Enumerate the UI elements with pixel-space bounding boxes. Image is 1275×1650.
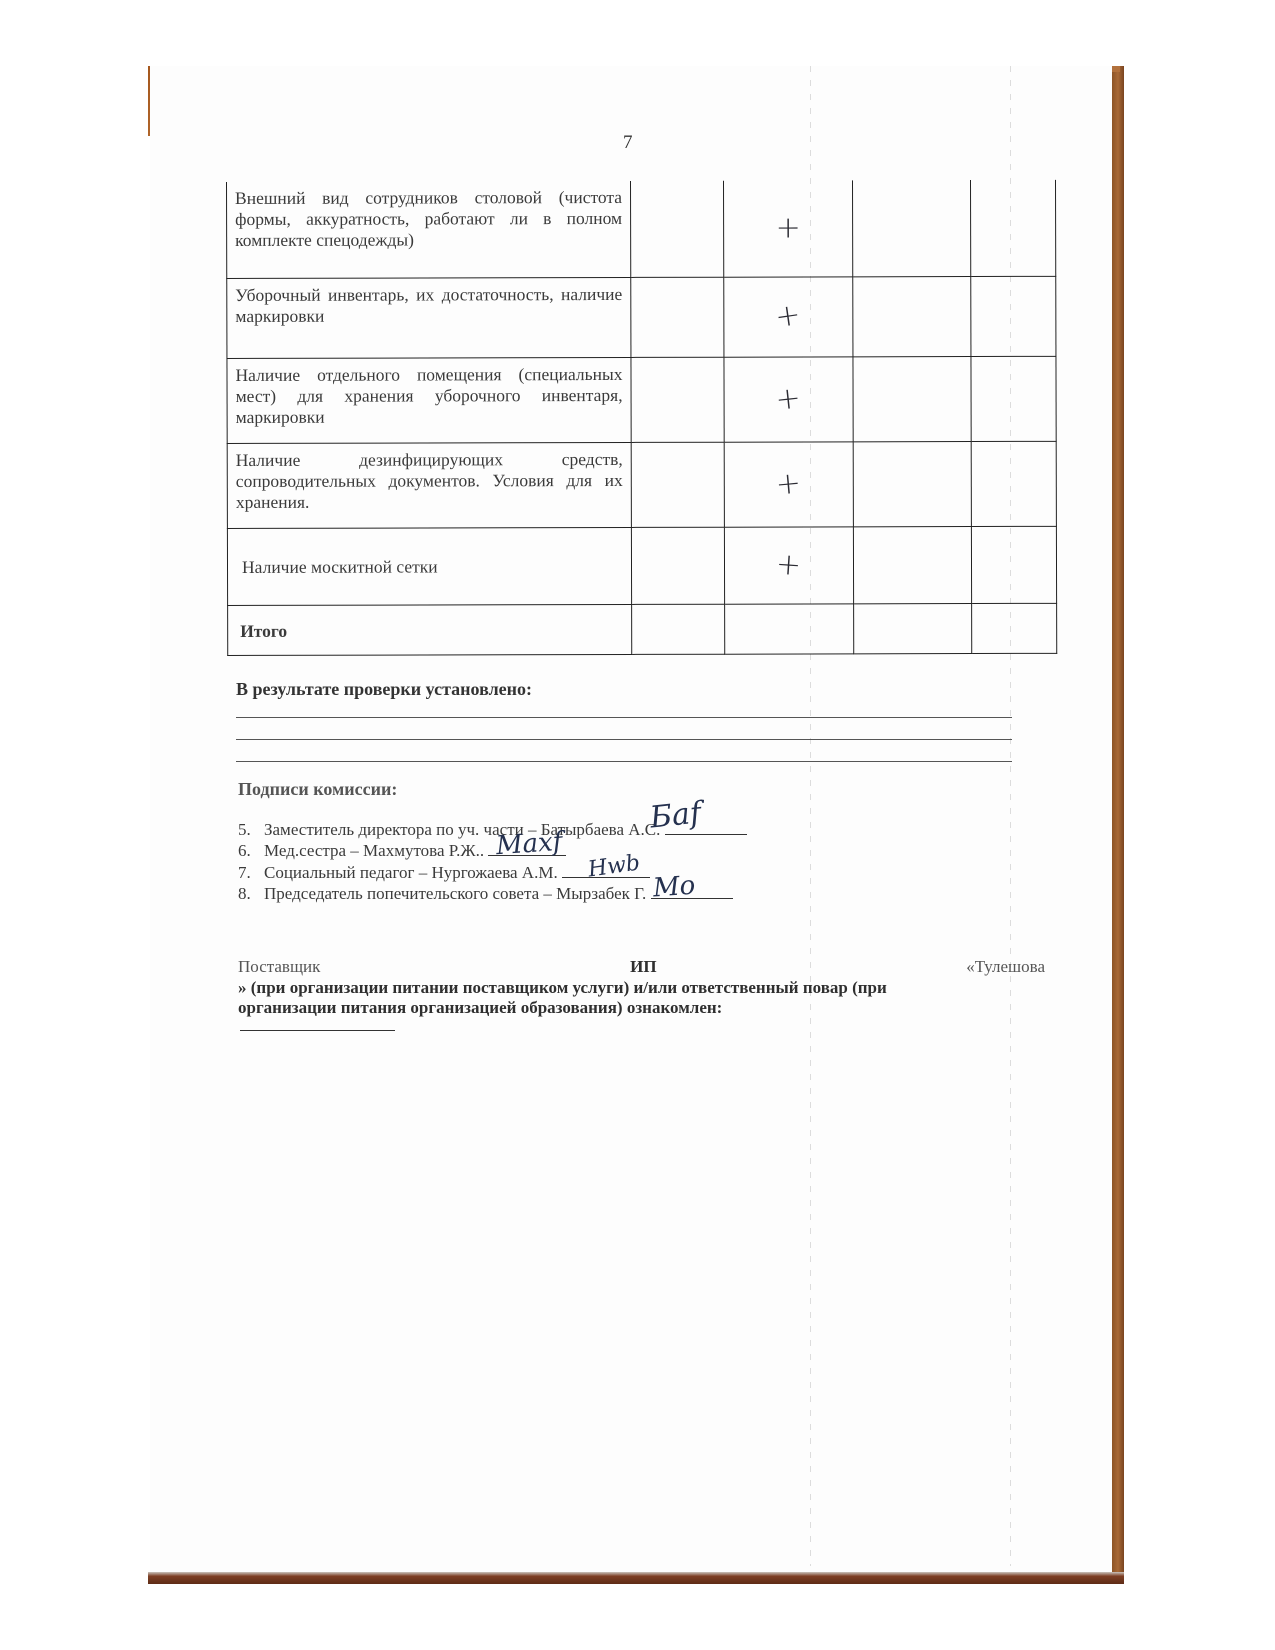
result-blank-line [236,717,1012,718]
supplier-line-2: » (при организации питании поставщиком у… [238,978,1045,999]
mark-cell [853,441,971,526]
mark-cell [971,356,1056,441]
results-heading: В результате проверки установлено: [236,679,532,700]
supplier-acknowledgement: Поставщик ИП «Тулешова » (при организаци… [238,957,1045,1019]
criterion-cell: Наличие отдельного помещения (специальны… [227,357,631,443]
mark-cell [631,357,724,442]
supplier-type: ИП [630,957,656,978]
commission-signatures: 5.Заместитель директора по уч. части – Б… [238,819,747,904]
mark-cell [853,526,971,603]
checklist-table: Внешний вид сотрудников столовой (чистот… [226,180,1057,656]
total-label: Итого [228,604,632,655]
member-name: Мед.сестра – Махмутова Р.Ж.. [264,841,484,860]
member-name: Председатель попечительского совета – Мы… [264,884,646,903]
total-cell [725,603,854,653]
result-blank-line [236,761,1012,762]
handwritten-plus-mark: + [776,213,801,243]
supplier-label: Поставщик [238,957,320,978]
handwritten-plus-mark: + [774,383,802,416]
handwritten-plus-mark: + [774,300,803,333]
mark-cell: + [724,526,853,603]
desk-edge-right [1112,66,1124,1582]
supplier-name: «Тулешова [966,957,1045,978]
mark-cell: + [724,356,853,441]
criterion-cell: Уборочный инвентарь, их достаточность, н… [227,277,631,358]
mark-cell [631,442,724,527]
mark-cell [853,356,971,441]
total-cell [854,603,972,653]
commission-member: 5.Заместитель директора по уч. части – Б… [238,819,747,840]
commission-heading: Подписи комиссии: [238,779,397,800]
mark-cell: + [724,441,853,526]
mark-cell [971,526,1056,603]
supplier-line-3: организации питания организацией образов… [238,998,1045,1019]
mark-cell [630,181,723,277]
result-blank-line [236,739,1012,740]
member-name: Социальный педагог – Нургожаева А.М. [264,863,558,882]
member-number: 5. [238,819,264,840]
commission-member: 8.Председатель попечительского совета – … [238,883,747,904]
member-number: 7. [238,862,264,883]
total-row: Итого [228,603,1057,655]
desk-edge-bottom [148,1572,1124,1584]
supplier-signature-line [240,1030,395,1031]
mark-cell [631,277,724,357]
total-cell [632,604,725,654]
member-number: 6. [238,840,264,861]
member-name: Заместитель директора по уч. части – Бат… [264,820,660,839]
handwritten-plus-mark: + [775,549,802,581]
checklist-row: Наличие дезинфицирующих средств, сопрово… [227,441,1056,528]
mark-cell [970,180,1055,276]
criterion-cell: Наличие москитной сетки [227,527,631,605]
mark-cell: + [723,180,852,276]
checklist-row: Внешний вид сотрудников столовой (чистот… [227,180,1056,278]
total-cell [972,603,1057,653]
mark-cell [631,527,724,604]
mark-cell [852,180,970,276]
checklist-row: Наличие москитной сетки+ [227,526,1056,605]
page-number: 7 [623,132,633,154]
mark-cell: + [724,276,853,356]
checklist-row: Наличие отдельного помещения (специальны… [227,356,1056,443]
commission-member: 6.Мед.сестра – Махмутова Р.Ж.. Махf [238,840,747,861]
member-number: 8. [238,883,264,904]
criterion-cell: Внешний вид сотрудников столовой (чистот… [227,181,631,278]
mark-cell [853,276,971,356]
checklist-row: Уборочный инвентарь, их достаточность, н… [227,276,1056,358]
handwritten-signature: Нwb [587,852,642,880]
mark-cell [971,441,1056,526]
handwritten-signature: Мо [652,875,696,899]
handwritten-plus-mark: + [775,468,803,500]
handwritten-signature: Махf [495,832,563,858]
handwritten-signature: Бaf [649,802,702,829]
criterion-cell: Наличие дезинфицирующих средств, сопрово… [227,442,631,528]
mark-cell [971,276,1056,356]
